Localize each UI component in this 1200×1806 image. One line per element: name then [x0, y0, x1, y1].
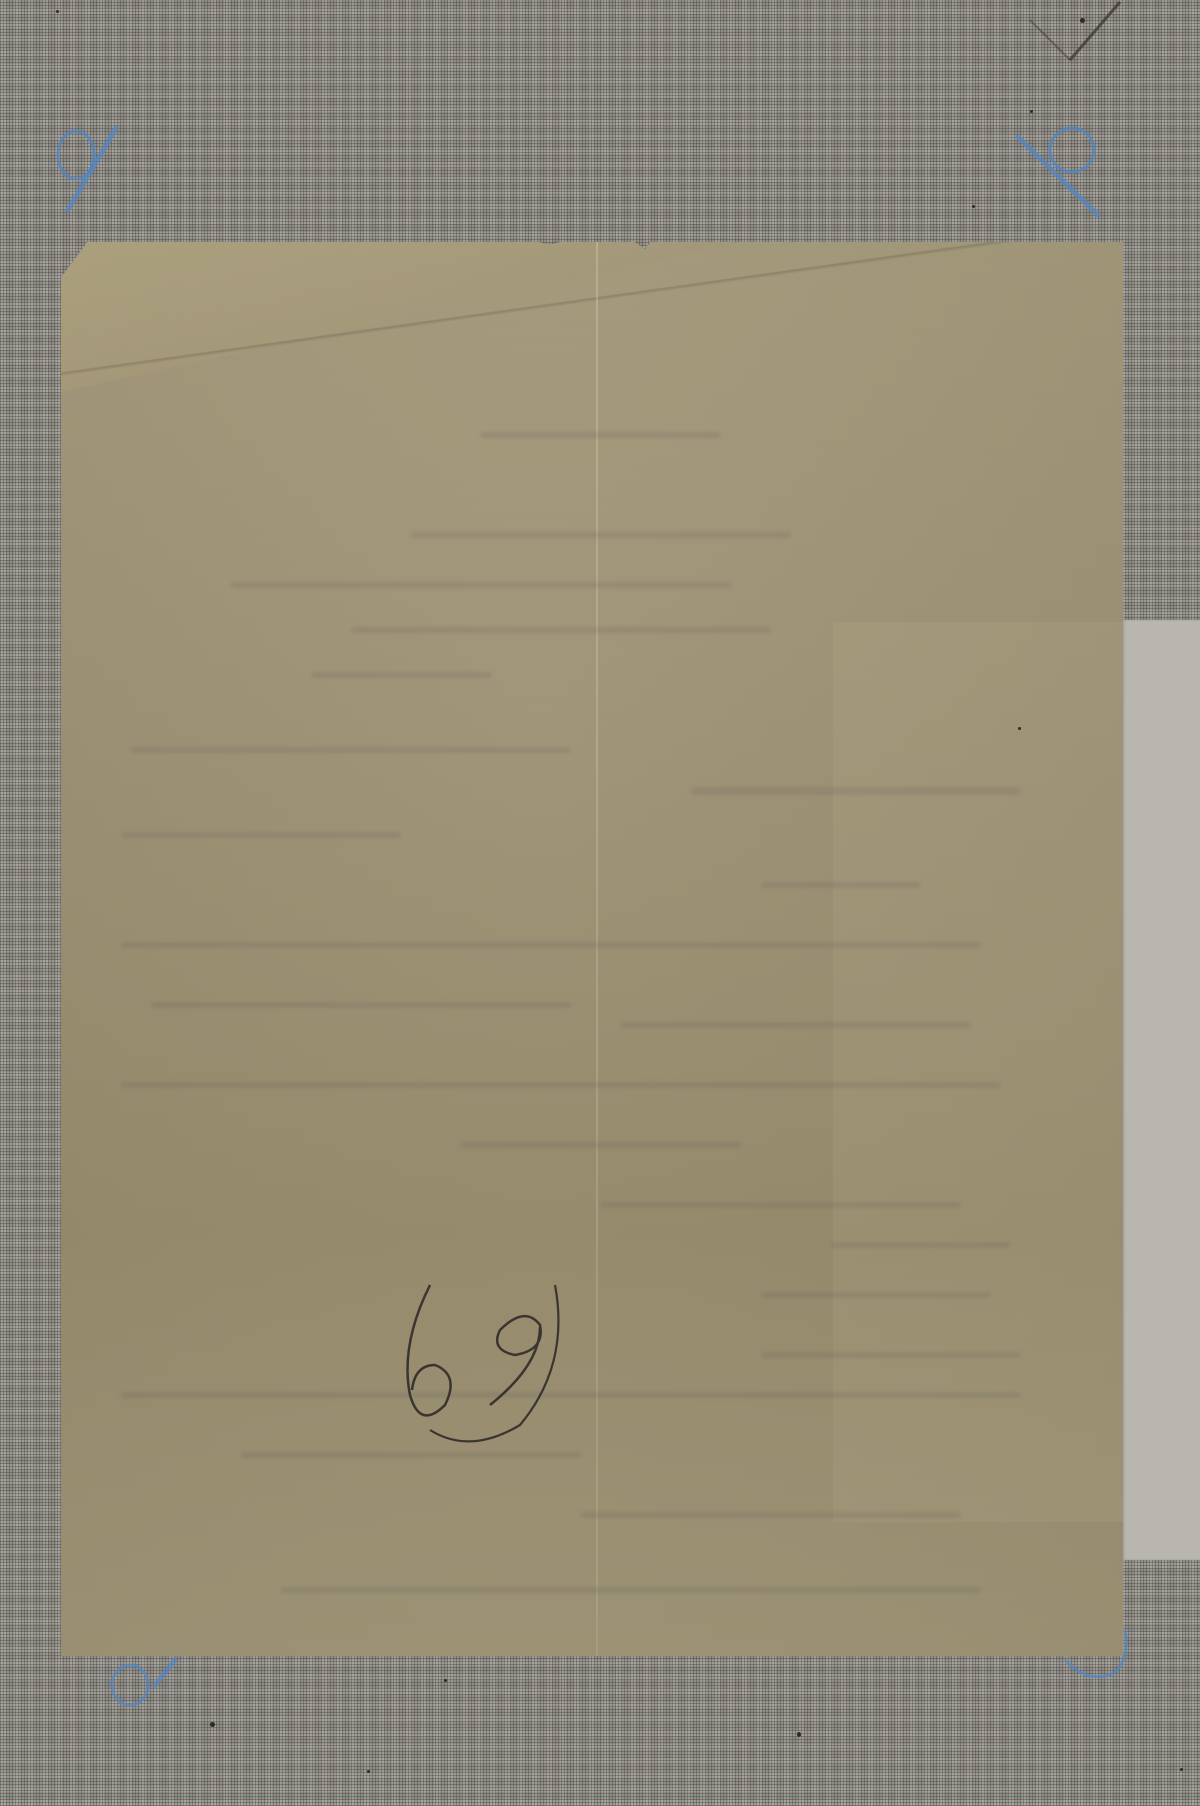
paper-discoloration [833, 622, 1123, 1522]
crayon-mark-bottom-left [100, 1655, 180, 1715]
crayon-mark-top-right [1010, 115, 1110, 225]
document-page [61, 242, 1123, 1656]
folio-number: 69 [390, 1255, 570, 1445]
pencil-check-mark [1025, 0, 1125, 70]
vertical-fold-line [596, 242, 598, 1656]
handwritten-69-icon [390, 1255, 570, 1445]
crayon-mark-top-left [48, 110, 128, 220]
backing-sheet [1122, 620, 1200, 1560]
